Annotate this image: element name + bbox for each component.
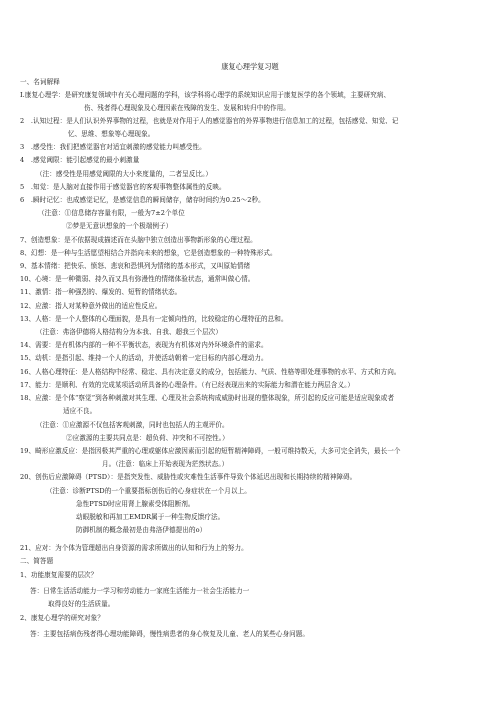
text-line: 答：日常生活活动能力一学习和劳动能力一家庭生活能力一社会生活能力一: [30, 587, 249, 596]
text-line: （注意：①应激源不仅包括客观刺激，同时也包括人的主观评价。: [36, 421, 229, 430]
text-line: 16、人格心理特征：是人格结构中经常、稳定、具有决定意义的成分，包括能力、气质、…: [20, 368, 401, 377]
text-line: 二、简答题: [20, 557, 53, 566]
text-line: 防御机制的概念最初是由弗洛伊德提出的o）: [76, 526, 206, 535]
text-line: 9、基本情绪：把快乐、愤怒、悲哀和恐惧列为情绪的基本形式，又叫原始情绪: [20, 262, 250, 271]
text-line: 1、功能康复需要的层次？: [20, 571, 97, 580]
text-line: 2 .认知过程：是人们认识外界事物的过程，也就是对作用于人的感觉器官的外界事物进…: [20, 117, 398, 126]
text-line: 12、应激：指人对某种意外做出的适应性反应。: [20, 302, 161, 311]
text-line: 14、需要：是有机体内部的一种不平衡状态，表现为有机体对内外环境条件的需求。: [20, 341, 268, 350]
document-title: 康复心理学复习题: [0, 62, 500, 72]
text-line: 19、畸形应激反应：是指因极其严重的心理或躯体应激因素而引起的短暂精神障碍，一般…: [20, 447, 401, 456]
text-line: 7、创造想象：是不依据现成描述而在头脑中独立创造出事物新形象的心理过程。: [20, 236, 257, 245]
text-line: 忆、思维、想象等心理现象。: [68, 130, 154, 139]
text-line: 答：主要包括病伤残者得心理功能障碍，慢性病患者的身心恢复及儿童、老人的某些心身问…: [30, 630, 309, 639]
text-line: 20、创伤后应激障碍（PTSD）：是指突发性、威胁性或灾难性生活事件导致个体延迟…: [20, 473, 356, 482]
text-line: 2、康复心理学的研究对象？: [20, 614, 104, 623]
text-line: 10、心境：是一种微弱、持久而又具有弥漫性的情绪体验状态，通常叫做心情。: [20, 275, 254, 284]
text-line: 月。（注意：临床上开始表现为茫然状态。）: [102, 460, 228, 469]
text-line: 6 .瞬时记忆：也成感觉记忆，是感觉信息的瞬间储存，储存时间约为0.25～2秒。: [20, 196, 265, 205]
text-line: 4 .感觉阈限：能引起感觉的最小刺激量: [20, 156, 139, 165]
text-line: 11、激情：指一种强烈的、爆发的、短暂的情绪状态。: [20, 288, 181, 297]
text-line: 急性PTSD时应用肾上腺素受体阻断剂。: [76, 500, 195, 509]
text-line: （注意：诊断PTSD的一个重要指标创伤后的心身症状在一个月以上。: [46, 487, 251, 496]
text-line: I.康复心理学：是研究康复领域中有关心理问题的学科，该学科将心理学的系统知识应用…: [20, 91, 390, 100]
text-line: （注：感受性是用感觉阈限的大小来度量的，二者呈反比。）: [36, 170, 212, 179]
text-line: 15、动机：是指引起、维持一个人的活动，并使活动朝着一定目标的内部心理动力。: [20, 354, 268, 363]
text-line: 5 .知觉：是人脑对直接作用于感觉器官的客观事物整体属性的反映。: [20, 183, 226, 192]
text-line: 13、人格：是一个人整体的心理面貌，是具有一定倾向性的，比较稳定的心理特征的总和…: [20, 315, 288, 324]
text-line: ②应激源的主要共同点是：超负荷、冲突和不可控性。）: [66, 434, 229, 443]
text-line: ②梦是无意识想象的一个极端例子）: [66, 222, 172, 231]
text-line: （注意：弗洛伊德将人格结构分为本我、自我、超我三个层次）: [36, 328, 222, 337]
text-line: 18、应激：是个体“察觉”到各种刺激对其生理、心理及社会系统构成威胁时出现的整体…: [20, 394, 394, 403]
text-line: 21、应对：为个体为管理超出自身资源的需求所做出的认知和行为上的努力。: [20, 544, 248, 553]
text-line: （注意：①信息储存容量有限，一般为7±2个单位: [38, 209, 185, 218]
text-line: 一、名词解释: [20, 78, 60, 87]
text-line: 3 .感受性：我们把感觉器官对适宜刺激的感觉能力叫感受性。: [20, 143, 206, 152]
document-page: 康复心理学复习题 一、名词解释I.康复心理学：是研究康复领域中有关心理问题的学科…: [0, 0, 500, 707]
text-line: 伤、残者得心理现象及心理因素在残障的发生、发展和转归中的作用。: [84, 104, 290, 113]
text-line: 适应不良。: [63, 407, 96, 416]
text-line: 取得良好的生活质量。: [48, 600, 114, 609]
text-line: 动眼脱敏和再加工EMDR属于一种生物反馈疗法。: [76, 513, 224, 522]
text-line: 8、幻想：是一种与生活愿望相结合并指向未来的想象，它是创造想象的一种特殊形式。: [20, 249, 277, 258]
text-line: 17、能力：是顺利、有效的完成某项活动所具备的心理条件。（有已经表现出来的实际能…: [20, 381, 354, 390]
